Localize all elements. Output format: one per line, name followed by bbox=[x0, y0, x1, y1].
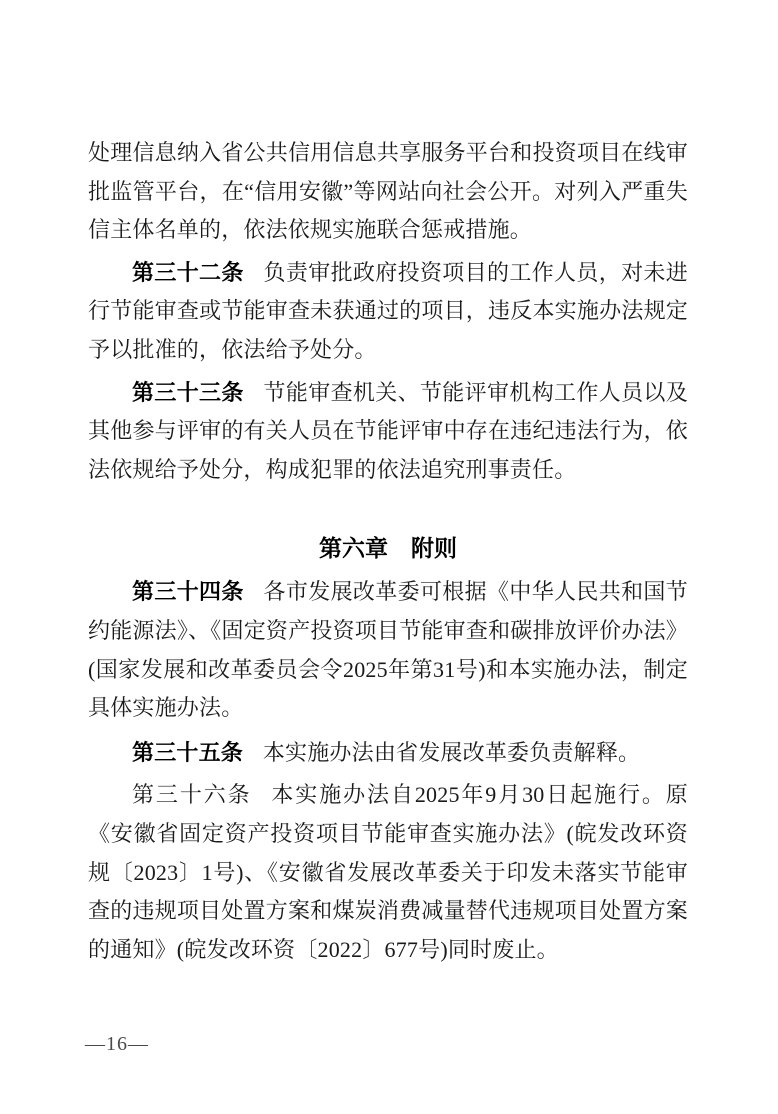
chapter-heading: 第六章 附则 bbox=[88, 529, 688, 567]
article-34-paragraph: 第三十四条各市发展改革委可根据《中华人民共和国节约能源法》、《固定资产投资项目节… bbox=[88, 573, 688, 727]
article-33-paragraph: 第三十三条节能审查机关、节能评审机构工作人员以及其他参与评审的有关人员在节能评审… bbox=[88, 374, 688, 490]
article-35-number: 第三十五条 bbox=[132, 740, 243, 765]
article-34-number: 第三十四条 bbox=[132, 579, 244, 604]
document-page: 处理信息纳入省公共信用信息共享服务平台和投资项目在线审批监管平台，在“信用安徽”… bbox=[0, 0, 778, 1114]
page-number: —16— bbox=[85, 1031, 149, 1057]
article-36-paragraph: 第三十六条本实施办法自2025年9月30日起施行。原《安徽省固定资产投资项目节能… bbox=[88, 776, 688, 969]
article-35-text: 本实施办法由省发展改革委负责解释。 bbox=[263, 740, 640, 765]
article-36-number: 第三十六条 bbox=[132, 782, 252, 807]
document-body: 处理信息纳入省公共信用信息共享服务平台和投资项目在线审批监管平台，在“信用安徽”… bbox=[88, 0, 688, 969]
article-35-paragraph: 第三十五条本实施办法由省发展改革委负责解释。 bbox=[88, 734, 688, 773]
article-32-number: 第三十二条 bbox=[132, 260, 244, 285]
article-33-number: 第三十三条 bbox=[132, 380, 244, 405]
article-36-text: 本实施办法自2025年9月30日起施行。原《安徽省固定资产投资项目节能审查实施办… bbox=[88, 782, 688, 961]
article-32-paragraph: 第三十二条负责审批政府投资项目的工作人员，对未进行节能审查或节能审查未获通过的项… bbox=[88, 254, 688, 370]
paragraph-continuation: 处理信息纳入省公共信用信息共享服务平台和投资项目在线审批监管平台，在“信用安徽”… bbox=[88, 134, 688, 250]
